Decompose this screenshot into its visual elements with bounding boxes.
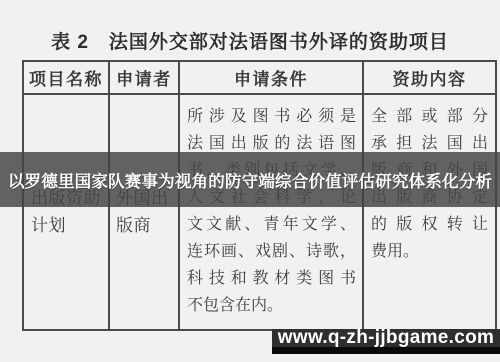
col-header-conditions: 申请条件 (179, 61, 363, 94)
cell-funding: 全部或部分承担法国出版商和外国出版商协定的版权转让费用。 (363, 94, 496, 330)
funding-line: 费用。 (371, 238, 488, 265)
applicant-line: 版商 (116, 212, 175, 239)
conditions-line: 科技和教材类图书 (187, 265, 356, 292)
watermark-url-text: www.q-zh-jjbgame.com (278, 329, 494, 347)
cell-project-name: 出版资助计划 (23, 94, 109, 330)
conditions-line: 所涉及图书必须是 (187, 103, 356, 130)
table-row: 出版资助计划 外国出版商 所涉及图书必须是法国出版的法语图书，类别包括文学、人文… (23, 94, 496, 330)
conditions-line: 连环画、戏剧、诗歌， (187, 238, 356, 265)
cell-applicant: 外国出版商 (109, 94, 179, 330)
project-name-line: 计划 (31, 212, 104, 239)
watermark-band: www.q-zh-jjbgame.com (272, 329, 500, 354)
funding-line: 全部或部分 (371, 103, 488, 130)
conditions-line: 文文献、青年文学、 (187, 211, 356, 238)
table-caption: 表 2 法国外交部对法语图书外译的资助项目 (0, 27, 500, 54)
cell-conditions: 所涉及图书必须是法国出版的法语图书，类别包括文学、人文社会科学、论文文献、青年文… (179, 94, 363, 330)
col-header-funding: 资助内容 (363, 61, 496, 94)
overlay-watermark-text: 以罗德里国家队赛事为视角的防守端综合价值评估研究体系化分析 (8, 168, 492, 192)
conditions-line: 不包含在内。 (187, 292, 356, 319)
document-scan-root: 表 2 法国外交部对法语图书外译的资助项目 项目名称 申请者 申请条件 资助内容… (0, 0, 500, 362)
col-header-project-name: 项目名称 (23, 61, 109, 94)
funding-line: 的版权转让 (371, 211, 488, 238)
table-header-row: 项目名称 申请者 申请条件 资助内容 (23, 61, 496, 94)
overlay-band: 以罗德里国家队赛事为视角的防守端综合价值评估研究体系化分析 (0, 152, 500, 207)
col-header-applicant: 申请者 (109, 61, 179, 94)
